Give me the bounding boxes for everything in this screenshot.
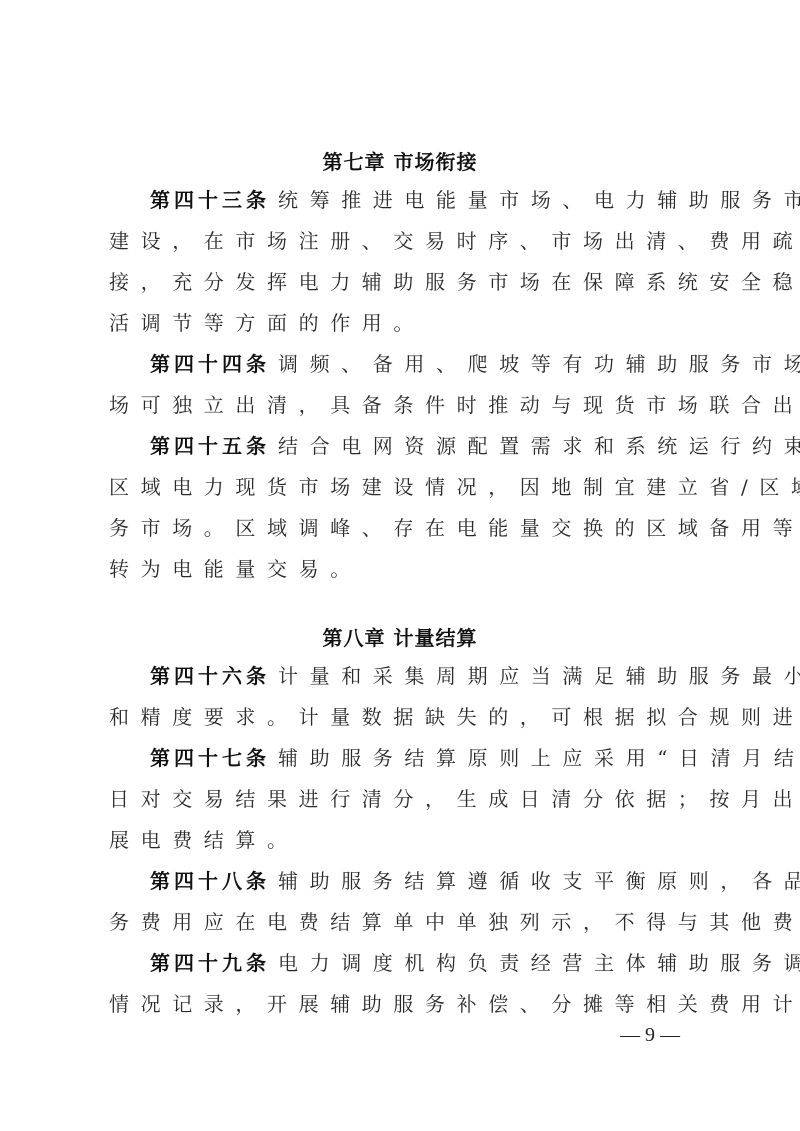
article-label: 第四十九条	[150, 951, 270, 975]
article-line: 展电费结算。	[109, 820, 699, 860]
article-line: 情况记录，开展辅助服务补偿、分摊等相关费用计算，并将费用计	[109, 984, 699, 1024]
article-line: 第四十七条辅助服务结算原则上应采用“日清月结”的方式，按	[150, 738, 740, 778]
article-line: 场可独立出清，具备条件时推动与现货市场联合出清。	[109, 385, 699, 425]
article-label: 第四十五条	[150, 434, 270, 458]
article-line: 活调节等方面的作用。	[109, 303, 699, 343]
article-label: 第四十六条	[150, 664, 270, 688]
article-line: 务费用应在电费结算单中单独列示，不得与其他费用叠加打捆。	[109, 902, 699, 942]
article-line: 和精度要求。计量数据缺失的，可根据拟合规则进行补充。	[109, 697, 699, 737]
page-number: — 9 —	[620, 1024, 680, 1047]
article-line: 建设，在市场注册、交易时序、市场出清、费用疏导等方面做好衔	[109, 221, 699, 261]
article-line: 日对交易结果进行清分，生成日清分依据；按月出具结算依据，开	[109, 779, 699, 819]
article-line: 务市场。区域调峰、存在电能量交换的区域备用等交易，应当及时	[109, 508, 699, 548]
article-line: 第四十五条结合电网资源配置需求和系统运行约束情况、省/	[150, 426, 740, 466]
article-label: 第四十八条	[150, 869, 270, 893]
article-line: 转为电能量交易。	[109, 549, 699, 589]
article-label: 第四十四条	[150, 352, 270, 376]
article-line: 第四十九条电力调度机构负责经营主体辅助服务调用及执行	[150, 943, 740, 983]
article-line: 接，充分发挥电力辅助服务市场在保障系统安全稳定、提升系统灵	[109, 262, 699, 302]
article-line: 第四十八条辅助服务结算遵循收支平衡原则，各品种辅助服	[150, 861, 740, 901]
article-label: 第四十七条	[150, 746, 270, 770]
chapter-title: 第八章 计量结算	[0, 622, 800, 651]
article-line: 第四十三条统筹推进电能量市场、电力辅助服务市场等整体	[150, 180, 740, 220]
article-label: 第四十三条	[150, 188, 270, 212]
article-line: 第四十四条调频、备用、爬坡等有功辅助服务市场与现货市	[150, 344, 740, 384]
chapter-title: 第七章 市场衔接	[0, 146, 800, 175]
article-line: 第四十六条计量和采集周期应当满足辅助服务最小交易周期	[150, 656, 740, 696]
document-page: 第七章 市场衔接 第四十三条统筹推进电能量市场、电力辅助服务市场等整体 建设，在…	[0, 0, 800, 1131]
article-line: 区域电力现货市场建设情况，因地制宜建立省/区域调频、备用等服	[109, 467, 699, 507]
